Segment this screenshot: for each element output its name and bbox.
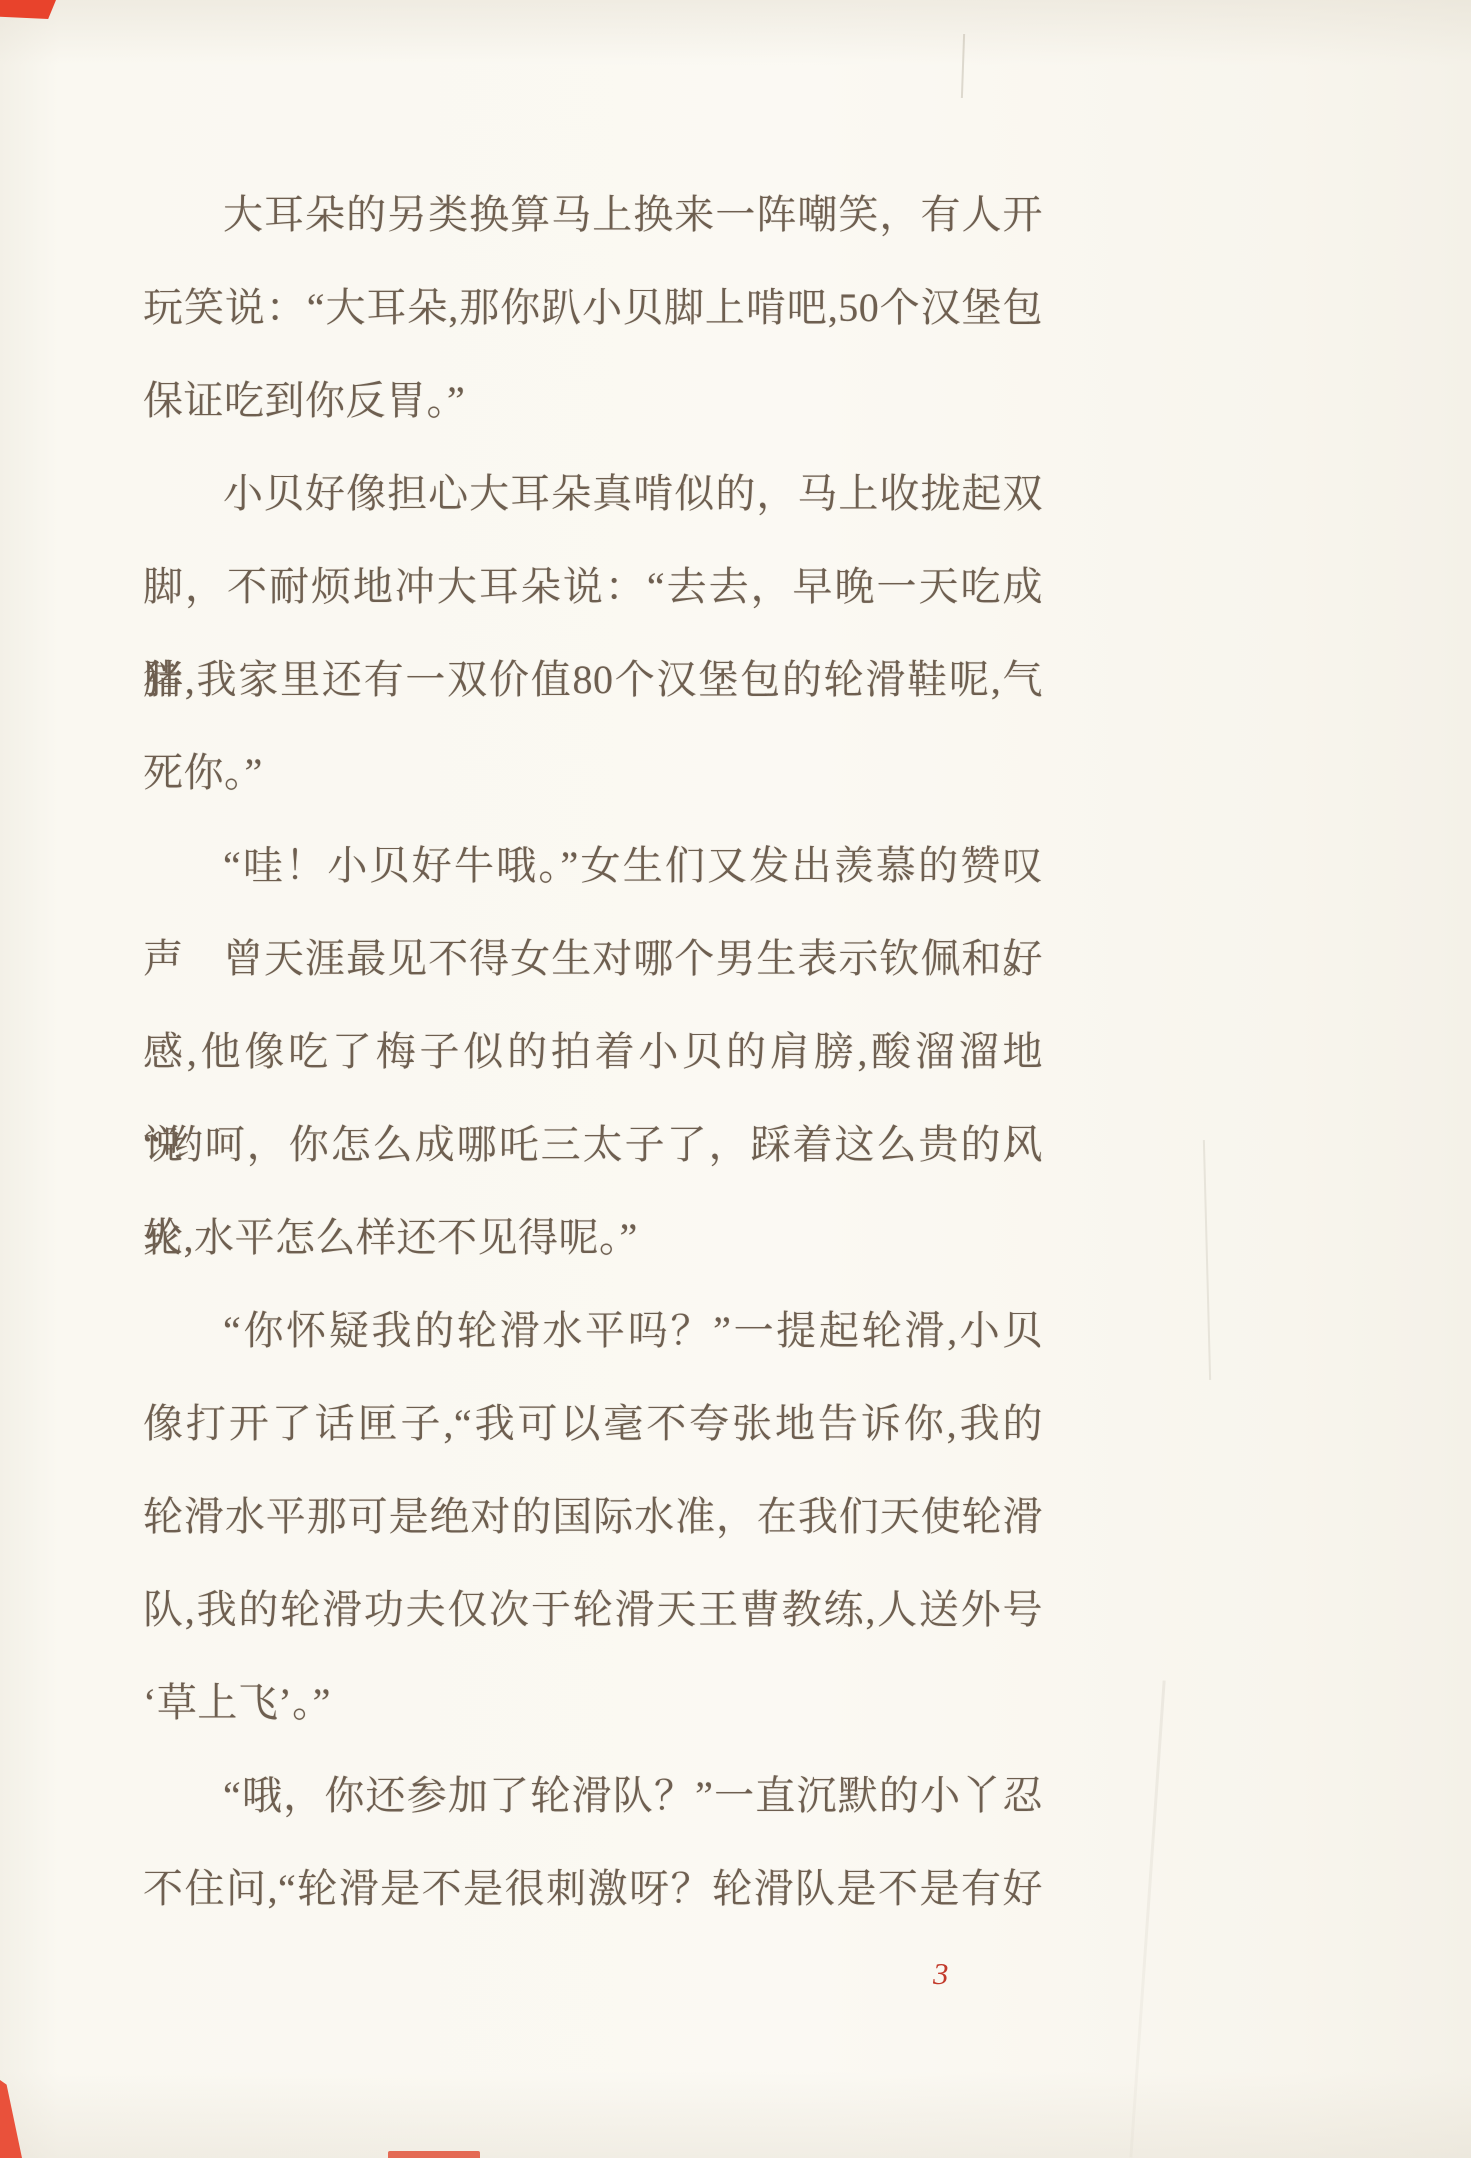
text-line: 猪,我家里还有一双价值80个汉堡包的轮滑鞋呢,气	[143, 633, 1043, 726]
text-line: 曾天涯最见不得女生对哪个男生表示钦佩和好	[143, 912, 1043, 1005]
text-line: 保证吃到你反胃。”	[143, 354, 1043, 447]
text-line: “哦，你还参加了轮滑队？”一直沉默的小丫忍	[143, 1749, 1043, 1842]
text-line: “哇！小贝好牛哦。”女生们又发出羡慕的赞叹声。	[143, 819, 1043, 912]
text-line: “你怀疑我的轮滑水平吗？”一提起轮滑,小贝	[143, 1284, 1043, 1377]
paper-crease-middle	[1203, 1140, 1211, 1380]
text-line: ‘草上飞’。”	[143, 1656, 1043, 1749]
scan-bleed-bottom-left	[0, 2080, 22, 2158]
scan-bleed-top-left	[0, 0, 56, 19]
text-line: 轮,水平怎么样还不见得呢。”	[143, 1191, 1043, 1284]
text-line: 感,他像吃了梅子似的拍着小贝的肩膀,酸溜溜地说：	[143, 1005, 1043, 1098]
text-line: 像打开了话匣子,“我可以毫不夸张地告诉你,我的	[143, 1377, 1043, 1470]
page-number: 3	[933, 1956, 949, 1992]
text-line: 不住问,“轮滑是不是很刺激呀？轮滑队是不是有好	[143, 1842, 1043, 1935]
scanned-book-page: 大耳朵的另类换算马上换来一阵嘲笑，有人开 玩笑说：“大耳朵,那你趴小贝脚上啃吧,…	[0, 0, 1471, 2158]
text-line: 轮滑水平那可是绝对的国际水准，在我们天使轮滑	[143, 1470, 1043, 1563]
text-line: 小贝好像担心大耳朵真啃似的，马上收拢起双	[143, 447, 1043, 540]
text-line: “哟呵，你怎么成哪吒三太子了，踩着这么贵的风火	[143, 1098, 1043, 1191]
paper-crease-top	[961, 34, 965, 98]
scan-bleed-bottom-dash	[388, 2151, 480, 2158]
text-line: 死你。”	[143, 726, 1043, 819]
text-line: 脚，不耐烦地冲大耳朵说：“去去，早晚一天吃成胖	[143, 540, 1043, 633]
text-line: 大耳朵的另类换算马上换来一阵嘲笑，有人开	[143, 168, 1043, 261]
text-line: 玩笑说：“大耳朵,那你趴小贝脚上啃吧,50个汉堡包	[143, 261, 1043, 354]
page-text-block: 大耳朵的另类换算马上换来一阵嘲笑，有人开 玩笑说：“大耳朵,那你趴小贝脚上啃吧,…	[143, 168, 1043, 1935]
paper-wrinkle-bottom	[1129, 1680, 1165, 2157]
text-line: 队,我的轮滑功夫仅次于轮滑天王曹教练,人送外号	[143, 1563, 1043, 1656]
